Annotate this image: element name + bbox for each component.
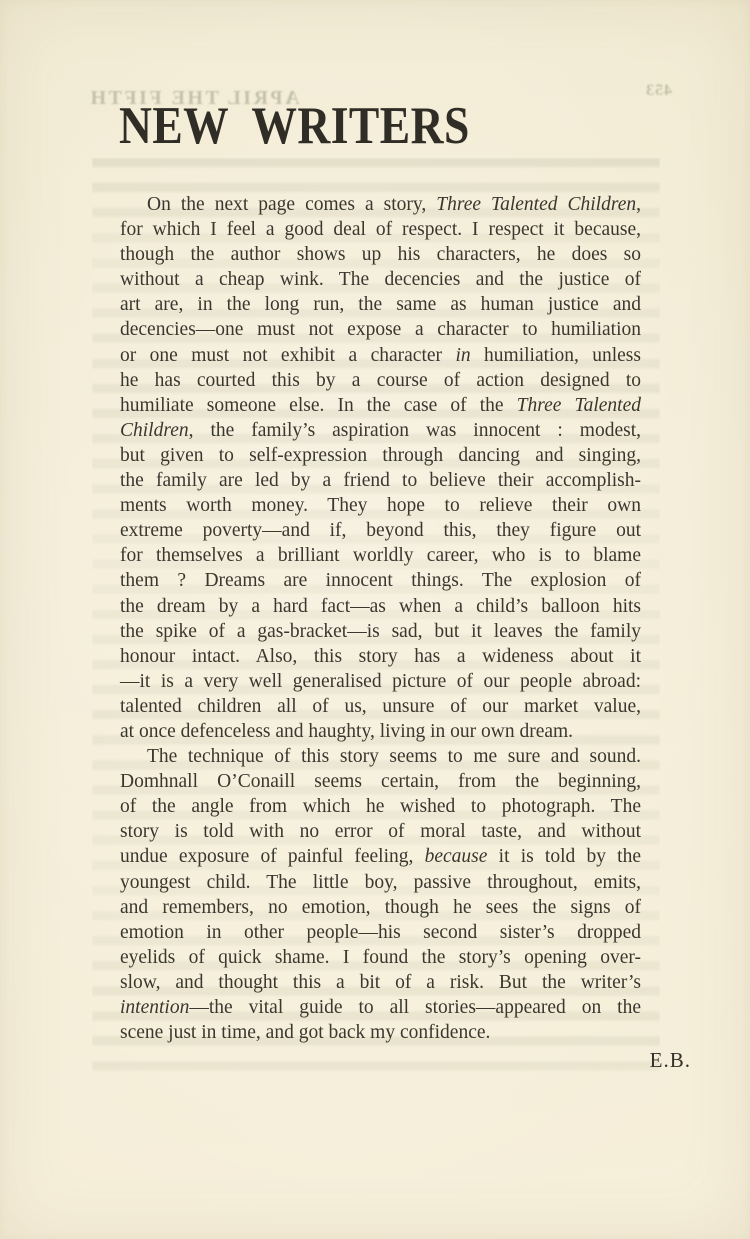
text-segment: it is told by the [487,846,641,867]
text-line: extreme poverty—and if, beyond this, the… [120,518,641,543]
italic-text-segment: intention [120,997,189,1018]
text-line: and remembers, no emotion, though he see… [120,895,641,920]
text-line: intention—the vital guide to all stories… [120,995,641,1020]
italic-text-segment: Three Talented Children [436,194,636,215]
text-segment: slow, and thought this a bit of a risk. … [120,972,641,993]
text-segment: talented children all of us, unsure of o… [120,696,641,717]
text-segment: youngest child. The little boy, passive … [120,872,641,893]
text-segment: though the author shows up his character… [120,244,641,265]
text-line: ments worth money. They hope to relieve … [120,493,641,518]
text-line: the spike of a gas-bracket—is sad, but i… [120,619,641,644]
text-segment: without a cheap wink. The decencies and … [120,269,641,290]
text-segment: the spike of a gas-bracket—is sad, but i… [120,621,641,642]
text-line: On the next page comes a story, Three Ta… [120,192,641,217]
text-segment: The technique of this story seems to me … [147,746,641,767]
text-segment: the dream by a hard fact—as when a child… [120,596,641,617]
text-segment: —the vital guide to all stories—appeared… [189,997,641,1018]
text-segment: humiliate someone else. In the case of t… [120,395,517,416]
text-line: emotion in other people—his second siste… [120,920,641,945]
italic-text-segment: because [425,846,488,867]
text-segment: he has courted this by a course of actio… [120,370,641,391]
book-page: APRIL THE FIFTH 453 NEW WRITERS On the n… [0,0,750,1239]
text-line: slow, and thought this a bit of a risk. … [120,970,641,995]
text-line: —it is a very well generalised picture o… [120,669,641,694]
text-line: Children, the family’s aspiration was in… [120,418,641,443]
text-segment: On the next page comes a story, [147,194,436,215]
text-segment: eyelids of quick shame. I found the stor… [120,947,641,968]
paragraph: On the next page comes a story, Three Ta… [120,192,641,744]
text-line: art are, in the long run, the same as hu… [120,292,641,317]
text-line: talented children all of us, unsure of o… [120,694,641,719]
text-line: decencies—one must not expose a characte… [120,317,641,342]
text-line: undue exposure of painful feeling, becau… [120,844,641,869]
italic-text-segment: in [455,345,470,366]
article-title: NEW WRITERS [119,99,470,155]
text-segment: Domhnall O’Conaill seems certain, from t… [120,771,641,792]
text-line: The technique of this story seems to me … [120,744,641,769]
article-body: On the next page comes a story, Three Ta… [120,192,641,1045]
text-line: honour intact. Also, this story has a wi… [120,644,641,669]
text-segment: for themselves a brilliant worldly caree… [120,545,641,566]
text-line: though the author shows up his character… [120,242,641,267]
text-segment: story is told with no error of moral tas… [120,821,641,842]
text-segment: extreme poverty—and if, beyond this, the… [120,520,641,541]
text-segment: art are, in the long run, the same as hu… [120,294,641,315]
text-line: story is told with no error of moral tas… [120,819,641,844]
italic-text-segment: Three Talented [517,395,641,416]
text-line: the dream by a hard fact—as when a child… [120,594,641,619]
text-line: of the angle from which he wished to pho… [120,794,641,819]
text-segment: and remembers, no emotion, though he see… [120,897,641,918]
text-segment: but given to self-expression through dan… [120,445,641,466]
text-segment: humiliation, unless [471,345,641,366]
text-line: scene just in time, and got back my conf… [120,1020,641,1045]
text-segment: decencies—one must not expose a characte… [120,319,641,340]
text-segment: or one must not exhibit a character [120,345,455,366]
paragraph: The technique of this story seems to me … [120,744,641,1045]
text-segment: of the angle from which he wished to pho… [120,796,641,817]
text-line: Domhnall O’Conaill seems certain, from t… [120,769,641,794]
text-segment: for which I feel a good deal of respect.… [120,219,641,240]
text-segment: the family are led by a friend to believ… [120,470,641,491]
text-line: without a cheap wink. The decencies and … [120,267,641,292]
text-segment: honour intact. Also, this story has a wi… [120,646,641,667]
text-segment: at once defenceless and haughty, living … [120,721,573,742]
text-segment: them ? Dreams are innocent things. The e… [120,570,641,591]
text-segment: ments worth money. They hope to relieve … [120,495,641,516]
text-segment: , the family’s aspiration was innocent :… [189,420,641,441]
text-line: humiliate someone else. In the case of t… [120,393,641,418]
bleedthrough-page-number: 453 [645,82,672,100]
text-segment: undue exposure of painful feeling, [120,846,425,867]
italic-text-segment: Children [120,420,189,441]
text-segment: emotion in other people—his second siste… [120,922,641,943]
text-line: or one must not exhibit a character in h… [120,343,641,368]
text-segment: scene just in time, and got back my conf… [120,1022,490,1043]
text-line: youngest child. The little boy, passive … [120,870,641,895]
text-line: them ? Dreams are innocent things. The e… [120,568,641,593]
text-line: at once defenceless and haughty, living … [120,719,641,744]
text-line: eyelids of quick shame. I found the stor… [120,945,641,970]
text-segment: , [636,194,641,215]
text-line: but given to self-expression through dan… [120,443,641,468]
text-line: for themselves a brilliant worldly caree… [120,543,641,568]
author-initials: E.B. [650,1048,691,1073]
text-line: the family are led by a friend to believ… [120,468,641,493]
text-line: for which I feel a good deal of respect.… [120,217,641,242]
text-line: he has courted this by a course of actio… [120,368,641,393]
text-segment: —it is a very well generalised picture o… [120,671,641,692]
